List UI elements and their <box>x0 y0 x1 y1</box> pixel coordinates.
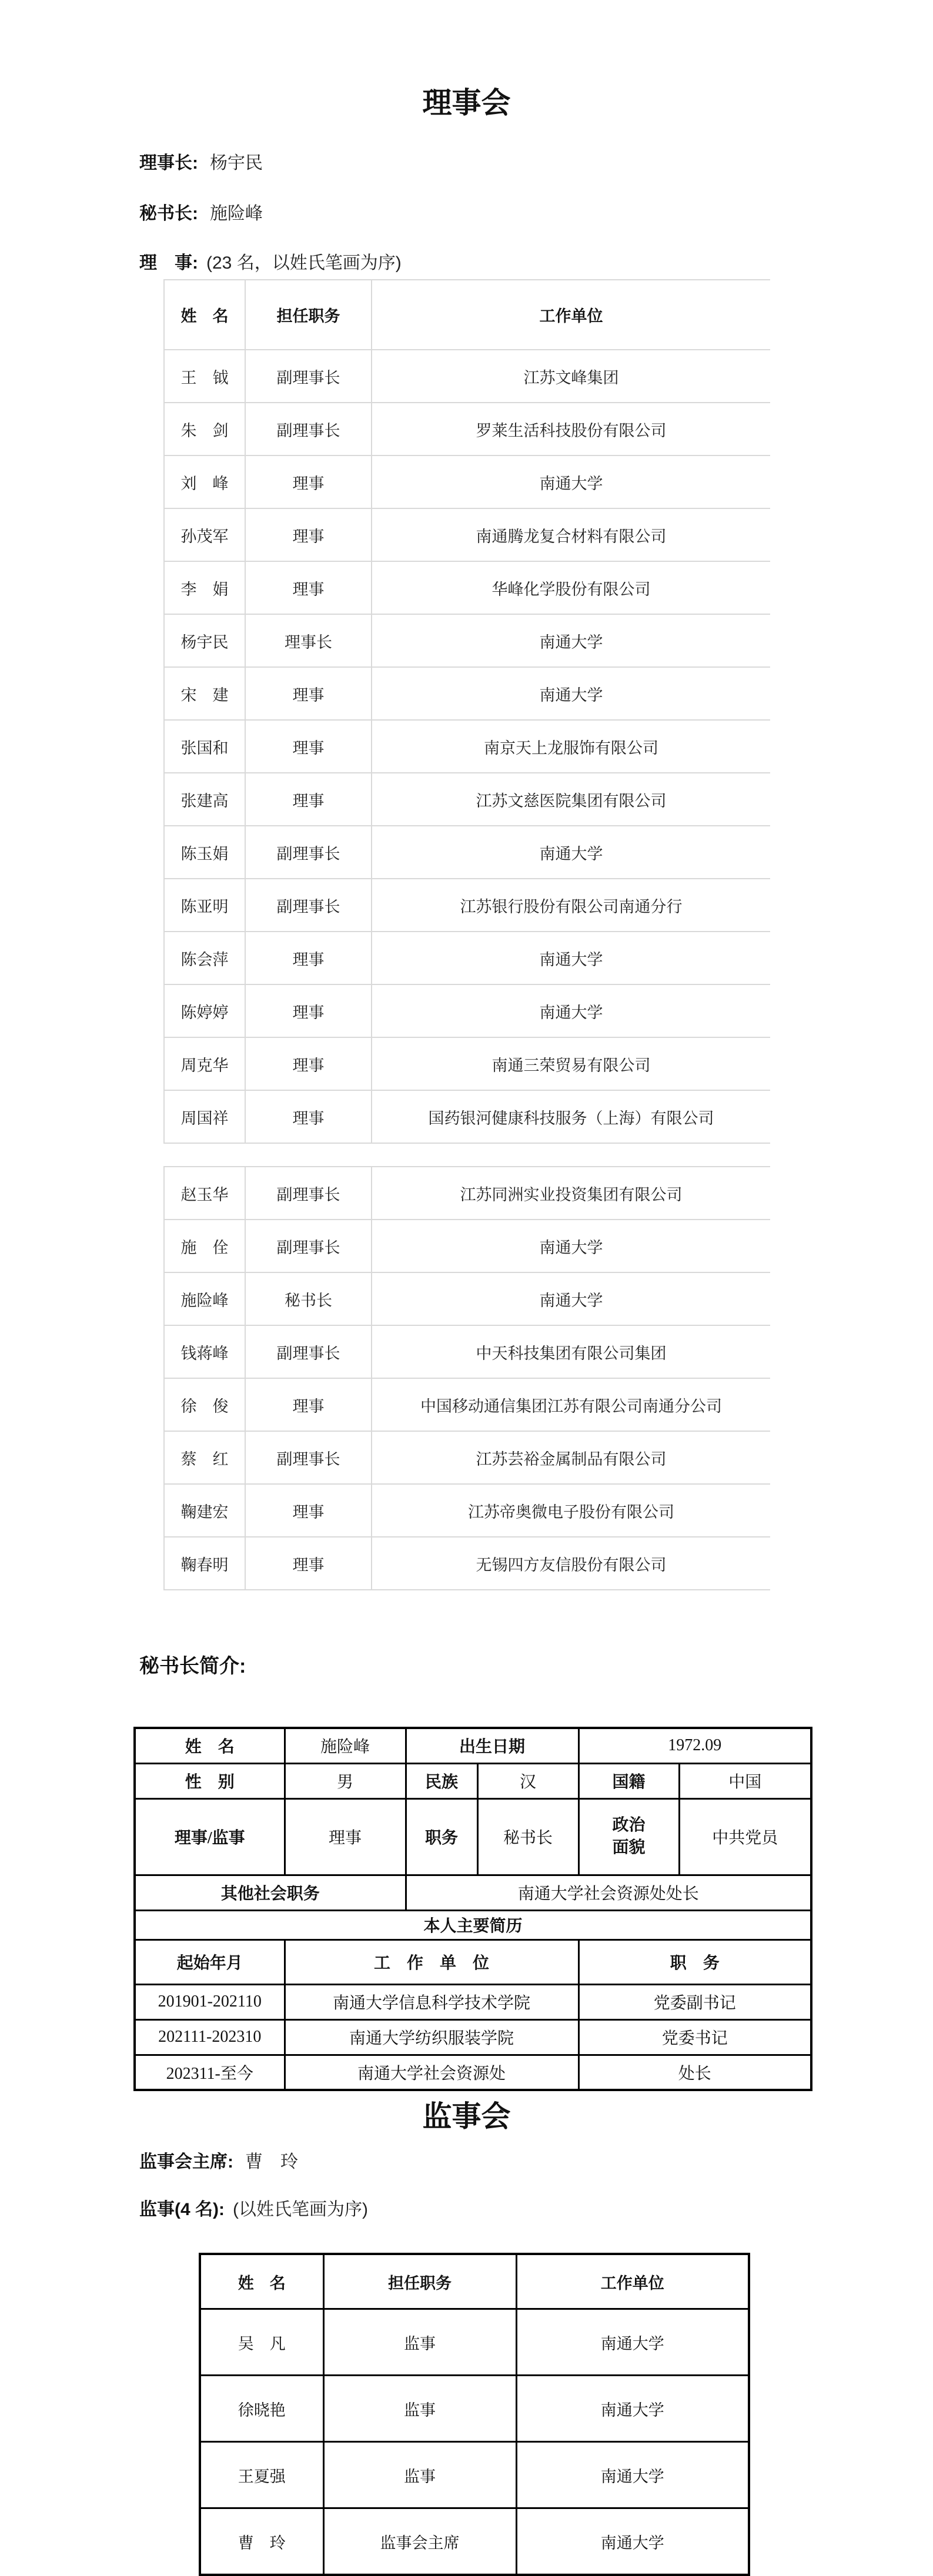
cell-title: 理事 <box>245 455 372 508</box>
board-table-part2: 赵玉华副理事长江苏同洲实业投资集团有限公司施 佺副理事长南通大学施险峰秘书长南通… <box>163 1166 770 1590</box>
supervisor-members-label: 监事(4 名): <box>139 2200 225 2219</box>
cell-name: 施险峰 <box>164 1272 245 1325</box>
cell-org: 国药银河健康科技服务（上海）有限公司 <box>372 1090 770 1143</box>
supervisor-chair-line: 监事会主席:曹 玲 <box>139 2152 933 2173</box>
table-row: 朱 剑副理事长罗莱生活科技股份有限公司 <box>164 403 770 455</box>
directors-note: (23 名，以姓氏笔画为序) <box>206 253 402 273</box>
cell-name: 宋 建 <box>164 667 245 720</box>
resume-header-post: 职 务 <box>578 1939 811 1984</box>
table-row: 刘 峰理事南通大学 <box>164 455 770 508</box>
profile-gender-value: 男 <box>285 1763 406 1798</box>
resume-row-1: 201901-202110 南通大学信息科学技术学院 党委副书记 <box>135 1984 811 2019</box>
board-table-split-gap <box>0 1144 933 1166</box>
cell-title: 理事 <box>245 720 372 773</box>
resume-unit: 南通大学社会资源处 <box>285 2055 578 2090</box>
board-table-body-part1: 王 钺副理事长江苏文峰集团朱 剑副理事长罗莱生活科技股份有限公司刘 峰理事南通大… <box>164 350 770 1143</box>
board-table-body-part2: 赵玉华副理事长江苏同洲实业投资集团有限公司施 佺副理事长南通大学施险峰秘书长南通… <box>164 1167 770 1590</box>
supervisor-members-note: (以姓氏笔画为序) <box>233 2200 368 2219</box>
profile-resume-title-row: 本人主要简历 <box>135 1910 811 1939</box>
table-row: 周克华理事南通三荣贸易有限公司 <box>164 1037 770 1090</box>
cell-title: 理事 <box>245 561 372 614</box>
supervisor-section-title: 监事会 <box>0 2099 933 2134</box>
resume-row-3: 202311-至今 南通大学社会资源处 处长 <box>135 2055 811 2090</box>
cell-org: 南通大学 <box>372 1272 770 1325</box>
cell-org: 南通大学 <box>516 2309 749 2376</box>
resume-period: 201901-202110 <box>135 1984 285 2019</box>
cell-title: 理事 <box>245 1037 372 1090</box>
table-row: 陈亚明副理事长江苏银行股份有限公司南通分行 <box>164 879 770 932</box>
directors-label: 理 事: <box>139 253 198 273</box>
table-row: 张国和理事南京天上龙服饰有限公司 <box>164 720 770 773</box>
profile-resume-header-row: 起始年月 工 作 单 位 职 务 <box>135 1939 811 1984</box>
cell-title: 秘书长 <box>245 1272 372 1325</box>
cell-title: 理事 <box>245 1090 372 1143</box>
supervisor-chair-name: 曹 玲 <box>245 2152 298 2172</box>
cell-title: 理事 <box>245 508 372 561</box>
supervisor-chair-label: 监事会主席: <box>139 2152 233 2172</box>
resume-period: 202111-202310 <box>135 2019 285 2055</box>
cell-name: 钱蒋峰 <box>164 1325 245 1378</box>
cell-title: 副理事长 <box>245 403 372 455</box>
cell-name: 周国祥 <box>164 1090 245 1143</box>
cell-title: 监事 <box>323 2442 516 2508</box>
cell-name: 周克华 <box>164 1037 245 1090</box>
profile-ethnic-label: 民族 <box>406 1763 477 1798</box>
cell-org: 江苏芸裕金属制品有限公司 <box>372 1431 770 1484</box>
cell-name: 陈会萍 <box>164 932 245 984</box>
profile-nationality-label: 国籍 <box>578 1763 679 1798</box>
cell-name: 蔡 红 <box>164 1431 245 1484</box>
profile-birth-value: 1972.09 <box>578 1728 811 1763</box>
profile-political-value: 中共党员 <box>679 1798 811 1875</box>
resume-unit: 南通大学信息科学技术学院 <box>285 1984 578 2019</box>
cell-org: 江苏银行股份有限公司南通分行 <box>372 879 770 932</box>
cell-org: 南通大学 <box>372 1220 770 1272</box>
cell-title: 监事会主席 <box>323 2508 516 2575</box>
table-row: 孙茂军理事南通腾龙复合材料有限公司 <box>164 508 770 561</box>
cell-title: 理事 <box>245 667 372 720</box>
header-org: 工作单位 <box>372 280 770 350</box>
secretary-name: 施险峰 <box>210 204 263 223</box>
board-section-title: 理事会 <box>0 85 933 120</box>
cell-title: 副理事长 <box>245 1325 372 1378</box>
cell-name: 徐晓艳 <box>200 2376 323 2442</box>
table-row: 陈会萍理事南通大学 <box>164 932 770 984</box>
supervisor-table: 姓 名 担任职务 工作单位 吴 凡监事南通大学徐晓艳监事南通大学王夏强监事南通大… <box>199 2253 750 2576</box>
table-row: 蔡 红副理事长江苏芸裕金属制品有限公司 <box>164 1431 770 1484</box>
header-name: 姓 名 <box>164 280 245 350</box>
cell-name: 王 钺 <box>164 350 245 403</box>
cell-org: 南通大学 <box>372 667 770 720</box>
document-page: 理事会 理事长:杨宇民 秘书长:施险峰 理 事:(23 名，以姓氏笔画为序) 姓… <box>0 0 933 2576</box>
supervisor-table-header: 姓 名 担任职务 工作单位 <box>200 2254 749 2309</box>
board-table-header: 姓 名 担任职务 工作单位 <box>164 280 770 350</box>
table-row: 吴 凡监事南通大学 <box>200 2309 749 2376</box>
supervisor-table-body: 吴 凡监事南通大学徐晓艳监事南通大学王夏强监事南通大学曹 玲监事会主席南通大学 <box>200 2309 749 2575</box>
profile-row-other: 其他社会职务 南通大学社会资源处处长 <box>135 1875 811 1910</box>
cell-title: 理事 <box>245 1484 372 1537</box>
cell-org: 南通大学 <box>372 826 770 879</box>
cell-org: 南通大学 <box>372 932 770 984</box>
cell-name: 吴 凡 <box>200 2309 323 2376</box>
cell-org: 罗莱生活科技股份有限公司 <box>372 403 770 455</box>
table-row: 赵玉华副理事长江苏同洲实业投资集团有限公司 <box>164 1167 770 1220</box>
cell-org: 南通大学 <box>372 455 770 508</box>
table-row: 王 钺副理事长江苏文峰集团 <box>164 350 770 403</box>
cell-title: 理事 <box>245 984 372 1037</box>
cell-org: 中天科技集团有限公司集团 <box>372 1325 770 1378</box>
profile-name-label: 姓 名 <box>135 1728 285 1763</box>
chairman-name: 杨宇民 <box>210 153 263 173</box>
table-row: 鞠建宏理事江苏帝奥微电子股份有限公司 <box>164 1484 770 1537</box>
resume-period: 202311-至今 <box>135 2055 285 2090</box>
board-table-part1: 姓 名 担任职务 工作单位 王 钺副理事长江苏文峰集团朱 剑副理事长罗莱生活科技… <box>163 279 770 1144</box>
cell-name: 徐 俊 <box>164 1378 245 1431</box>
cell-name: 张建高 <box>164 773 245 826</box>
cell-name: 施 佺 <box>164 1220 245 1272</box>
table-row: 鞠春明理事无锡四方友信股份有限公司 <box>164 1537 770 1590</box>
cell-org: 南通大学 <box>516 2442 749 2508</box>
table-row: 曹 玲监事会主席南通大学 <box>200 2508 749 2575</box>
resume-row-2: 202111-202310 南通大学纺织服装学院 党委书记 <box>135 2019 811 2055</box>
cell-org: 南京天上龙服饰有限公司 <box>372 720 770 773</box>
profile-resume-title: 本人主要简历 <box>135 1910 811 1939</box>
profile-name-value: 施险峰 <box>285 1728 406 1763</box>
profile-heading: 秘书长简介: <box>139 1654 933 1679</box>
profile-birth-label: 出生日期 <box>406 1728 578 1763</box>
cell-name: 陈亚明 <box>164 879 245 932</box>
cell-name: 刘 峰 <box>164 455 245 508</box>
chairman-line: 理事长:杨宇民 <box>139 153 933 174</box>
table-row: 周国祥理事国药银河健康科技服务（上海）有限公司 <box>164 1090 770 1143</box>
cell-title: 副理事长 <box>245 826 372 879</box>
profile-post-value: 秘书长 <box>477 1798 578 1875</box>
profile-ethnic-value: 汉 <box>477 1763 578 1798</box>
table-row: 徐晓艳监事南通大学 <box>200 2376 749 2442</box>
cell-org: 南通大学 <box>372 984 770 1037</box>
resume-post: 处长 <box>578 2055 811 2090</box>
cell-title: 副理事长 <box>245 1431 372 1484</box>
cell-org: 江苏帝奥微电子股份有限公司 <box>372 1484 770 1537</box>
cell-title: 副理事长 <box>245 350 372 403</box>
table-row: 钱蒋峰副理事长中天科技集团有限公司集团 <box>164 1325 770 1378</box>
header-org: 工作单位 <box>516 2254 749 2309</box>
cell-org: 南通大学 <box>516 2508 749 2575</box>
cell-title: 副理事长 <box>245 1220 372 1272</box>
header-title: 担任职务 <box>323 2254 516 2309</box>
profile-role-value: 理事 <box>285 1798 406 1875</box>
cell-name: 杨宇民 <box>164 614 245 667</box>
table-row: 施 佺副理事长南通大学 <box>164 1220 770 1272</box>
table-row: 杨宇民理事长南通大学 <box>164 614 770 667</box>
profile-gender-label: 性 别 <box>135 1763 285 1798</box>
secretary-label: 秘书长: <box>139 204 198 223</box>
table-header-row: 姓 名 担任职务 工作单位 <box>164 280 770 350</box>
cell-name: 鞠建宏 <box>164 1484 245 1537</box>
profile-row-gender: 性 别 男 民族 汉 国籍 中国 <box>135 1763 811 1798</box>
profile-role-label: 理事/监事 <box>135 1798 285 1875</box>
resume-header-period: 起始年月 <box>135 1939 285 1984</box>
cell-org: 南通三荣贸易有限公司 <box>372 1037 770 1090</box>
cell-title: 理事 <box>245 1537 372 1590</box>
table-row: 陈玉娟副理事长南通大学 <box>164 826 770 879</box>
cell-org: 无锡四方友信股份有限公司 <box>372 1537 770 1590</box>
header-title: 担任职务 <box>245 280 372 350</box>
profile-nationality-value: 中国 <box>679 1763 811 1798</box>
cell-org: 中国移动通信集团江苏有限公司南通分公司 <box>372 1378 770 1431</box>
table-row: 施险峰秘书长南通大学 <box>164 1272 770 1325</box>
table-header-row: 姓 名 担任职务 工作单位 <box>200 2254 749 2309</box>
secretary-line: 秘书长:施险峰 <box>139 203 933 225</box>
cell-org: 南通腾龙复合材料有限公司 <box>372 508 770 561</box>
cell-name: 李 娟 <box>164 561 245 614</box>
cell-org: 江苏文峰集团 <box>372 350 770 403</box>
table-row: 李 娟理事华峰化学股份有限公司 <box>164 561 770 614</box>
cell-name: 赵玉华 <box>164 1167 245 1220</box>
table-row: 陈婷婷理事南通大学 <box>164 984 770 1037</box>
profile-post-label: 职务 <box>406 1798 477 1875</box>
cell-org: 江苏文慈医院集团有限公司 <box>372 773 770 826</box>
cell-name: 孙茂军 <box>164 508 245 561</box>
cell-org: 南通大学 <box>372 614 770 667</box>
profile-other-label: 其他社会职务 <box>135 1875 406 1910</box>
cell-title: 理事 <box>245 773 372 826</box>
chairman-label: 理事长: <box>139 153 198 173</box>
cell-name: 陈婷婷 <box>164 984 245 1037</box>
cell-org: 南通大学 <box>516 2376 749 2442</box>
cell-name: 张国和 <box>164 720 245 773</box>
cell-name: 王夏强 <box>200 2442 323 2508</box>
directors-line: 理 事:(23 名，以姓氏笔画为序) <box>139 253 933 274</box>
cell-org: 江苏同洲实业投资集团有限公司 <box>372 1167 770 1220</box>
profile-political-label-text: 政治面貌 <box>613 1814 646 1859</box>
cell-name: 曹 玲 <box>200 2508 323 2575</box>
resume-header-unit: 工 作 单 位 <box>285 1939 578 1984</box>
cell-title: 副理事长 <box>245 879 372 932</box>
profile-political-label: 政治面貌 <box>578 1798 679 1875</box>
cell-title: 监事 <box>323 2376 516 2442</box>
cell-name: 鞠春明 <box>164 1537 245 1590</box>
header-name: 姓 名 <box>200 2254 323 2309</box>
resume-post: 党委书记 <box>578 2019 811 2055</box>
cell-name: 朱 剑 <box>164 403 245 455</box>
cell-title: 副理事长 <box>245 1167 372 1220</box>
profile-row-name: 姓 名 施险峰 出生日期 1972.09 <box>135 1728 811 1763</box>
cell-name: 陈玉娟 <box>164 826 245 879</box>
cell-title: 理事 <box>245 932 372 984</box>
profile-row-role: 理事/监事 理事 职务 秘书长 政治面貌 中共党员 <box>135 1798 811 1875</box>
cell-org: 华峰化学股份有限公司 <box>372 561 770 614</box>
cell-title: 理事长 <box>245 614 372 667</box>
resume-post: 党委副书记 <box>578 1984 811 2019</box>
table-row: 徐 俊理事中国移动通信集团江苏有限公司南通分公司 <box>164 1378 770 1431</box>
table-row: 张建高理事江苏文慈医院集团有限公司 <box>164 773 770 826</box>
profile-table: 姓 名 施险峰 出生日期 1972.09 性 别 男 民族 汉 国籍 中国 理事… <box>133 1727 812 2091</box>
profile-other-value: 南通大学社会资源处处长 <box>406 1875 811 1910</box>
supervisor-members-line: 监事(4 名):(以姓氏笔画为序) <box>139 2199 933 2220</box>
table-row: 宋 建理事南通大学 <box>164 667 770 720</box>
resume-unit: 南通大学纺织服装学院 <box>285 2019 578 2055</box>
cell-title: 理事 <box>245 1378 372 1431</box>
table-row: 王夏强监事南通大学 <box>200 2442 749 2508</box>
cell-title: 监事 <box>323 2309 516 2376</box>
